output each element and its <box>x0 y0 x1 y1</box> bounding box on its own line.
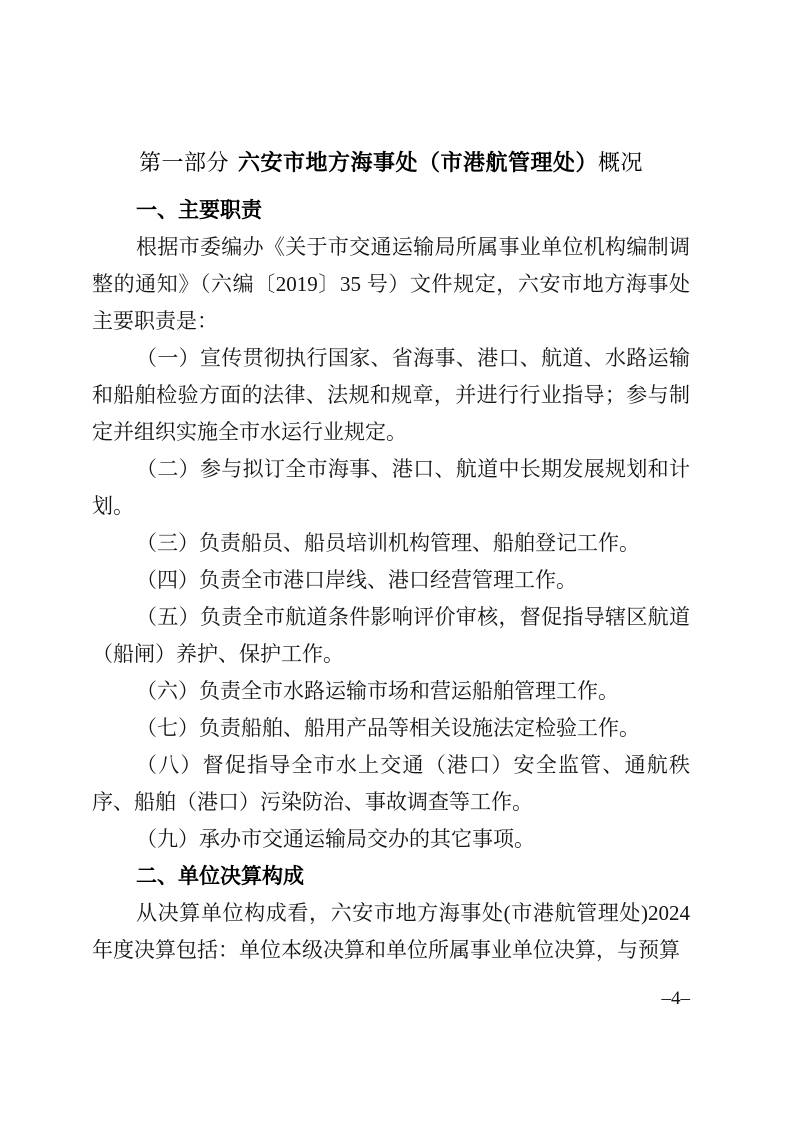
paragraph-composition-intro: 从决算单位构成看，六安市地方海事处(市港航管理处)2024年度决算包括：单位本级… <box>92 895 690 969</box>
title-unit-name: 六安市地方海事处（市港航管理处） <box>238 150 598 175</box>
title-suffix: 概况 <box>598 150 643 175</box>
document-page: 第一部分六安市地方海事处（市港航管理处）概况 一、主要职责 根据市委编办《关于市… <box>0 0 793 1122</box>
duty-item-6: （六）负责全市水路运输市场和营运船舶管理工作。 <box>92 673 690 710</box>
duty-item-9: （九）承办市交通运输局交办的其它事项。 <box>92 821 690 858</box>
title-part-label: 第一部分 <box>139 150 229 175</box>
duty-item-2: （二）参与拟订全市海事、港口、航道中长期发展规划和计划。 <box>92 451 690 525</box>
duty-item-3: （三）负责船员、船员培训机构管理、船舶登记工作。 <box>92 525 690 562</box>
section-heading-final-accounts-composition: 二、单位决算构成 <box>92 858 690 895</box>
document-title: 第一部分六安市地方海事处（市港航管理处）概况 <box>92 147 690 179</box>
paragraph-duties-intro: 根据市委编办《关于市交通运输局所属事业单位机构编制调整的通知》（六编〔2019〕… <box>92 229 690 340</box>
section-heading-main-duties: 一、主要职责 <box>92 192 690 229</box>
duty-item-7: （七）负责船舶、船用产品等相关设施法定检验工作。 <box>92 710 690 747</box>
duty-item-5: （五）负责全市航道条件影响评价审核，督促指导辖区航道（船闸）养护、保护工作。 <box>92 599 690 673</box>
page-number: –4– <box>92 988 690 1010</box>
document-content: 第一部分六安市地方海事处（市港航管理处）概况 一、主要职责 根据市委编办《关于市… <box>92 0 690 1010</box>
duty-item-8: （八）督促指导全市水上交通（港口）安全监管、通航秩序、船舶（港口）污染防治、事故… <box>92 747 690 821</box>
duty-item-4: （四）负责全市港口岸线、港口经营管理工作。 <box>92 562 690 599</box>
duty-item-1: （一）宣传贯彻执行国家、省海事、港口、航道、水路运输和船舶检验方面的法律、法规和… <box>92 340 690 451</box>
